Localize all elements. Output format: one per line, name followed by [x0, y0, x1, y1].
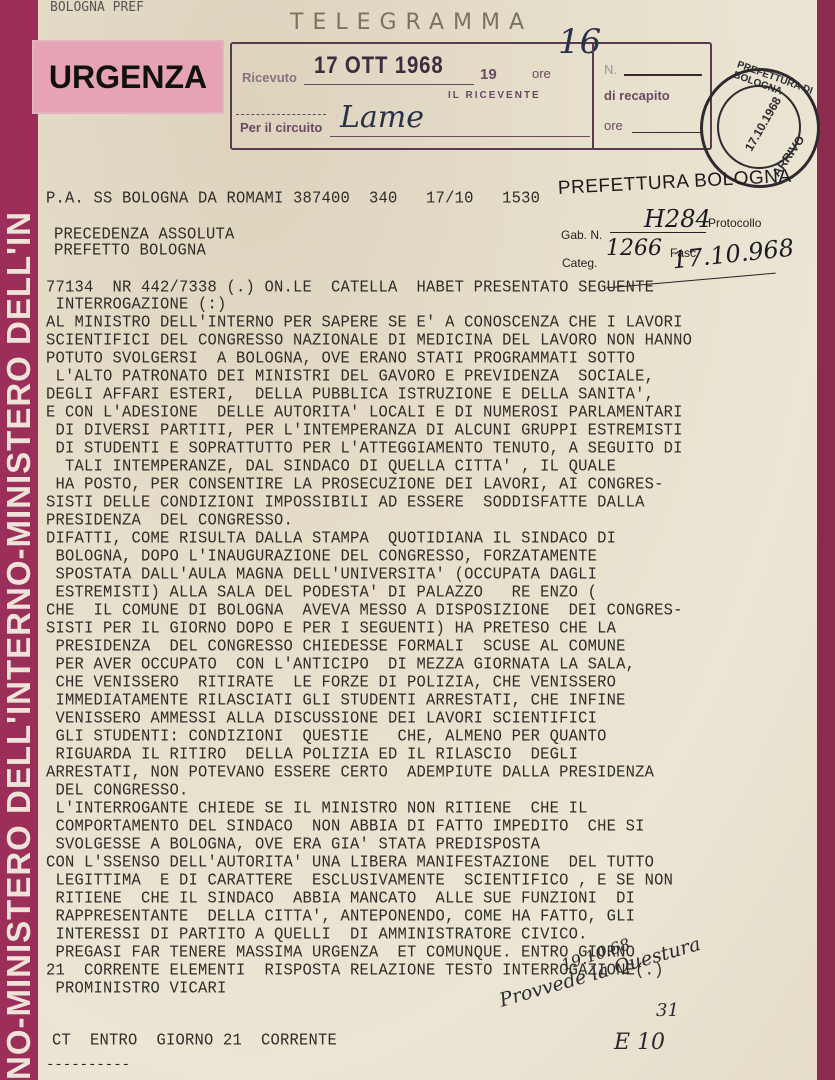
- ore-recapito-label: ore: [604, 118, 623, 133]
- receiver-signature: Lame: [340, 100, 424, 135]
- body-line: L'INTERROGANTE CHIEDE SE IL MINISTRO NON…: [46, 798, 588, 818]
- received-date: 17 OTT 1968: [314, 52, 444, 80]
- gab-underline: [610, 232, 706, 233]
- body-line: SISTI PER IL GIORNO DOPO E PER I SEGUENT…: [46, 618, 616, 638]
- body-line: BOLOGNA, DOPO L'INAUGURAZIONE DEL CONGRE…: [46, 546, 597, 566]
- per-il-circuito-label: Per il circuito: [240, 120, 322, 135]
- body-line: DIFATTI, COME RISULTA DALLA STAMPA QUOTI…: [46, 528, 616, 548]
- body-line: SISTI DELLE CONDIZIONI IMPOSSIBILI AD ES…: [46, 492, 645, 512]
- body-line: GLI STUDENTI: CONDIZIONI QUESTIE CHE, AL…: [46, 726, 607, 746]
- ricevuto-label: Ricevuto: [242, 70, 297, 85]
- footer-dashes: ----------: [46, 1057, 130, 1073]
- body-line: PREGASI FAR TENERE MASSIMA URGENZA ET CO…: [46, 942, 635, 962]
- body-line: DI STUDENTI E SOPRATTUTTO PER L'ATTEGGIA…: [46, 438, 683, 458]
- body-line: DEL CONGRESSO.: [46, 780, 189, 800]
- ministry-margin-band: NO-MINISTERO DELL'INTERNO-MINISTERO DELL…: [0, 0, 38, 1080]
- body-line: VENISSERO AMMESSI ALLA DISCUSSIONE DEI L…: [46, 708, 597, 728]
- box-divider: [592, 44, 594, 148]
- body-line: CHE VENISSERO RITIRATE LE FORZE DI POLIZ…: [46, 672, 616, 692]
- body-line: RAPPRESENTANTE DELLA CITTA', ANTEPONENDO…: [46, 906, 635, 926]
- body-line: AL MINISTRO DELL'INTERNO PER SAPERE SE E…: [46, 312, 683, 332]
- body-line: DI DIVERSI PARTITI, PER L'INTEMPERANZA D…: [46, 420, 683, 440]
- circuito-underline: [330, 136, 590, 137]
- ore-handwritten: 16: [558, 22, 601, 62]
- body-line: E CON L'ADESIONE DELLE AUTORITA' LOCALI …: [46, 402, 683, 422]
- numero-underline: [624, 74, 702, 76]
- body-line: RITIENE CHE IL SINDACO ABBIA MANCATO ALL…: [46, 888, 635, 908]
- handwritten-fraction-top: 31: [656, 1000, 679, 1021]
- body-line: COMPORTAMENTO DEL SINDACO NON ABBIA DI F…: [46, 816, 645, 836]
- gab-number: H284: [644, 205, 711, 233]
- footer-line: CT ENTRO GIORNO 21 CORRENTE: [52, 1030, 337, 1050]
- body-line: ARRESTATI, NON POTEVANO ESSERE CERTO ADE…: [46, 762, 654, 782]
- categ-label: Categ.: [562, 256, 597, 270]
- body-line: HA POSTO, PER CONSENTIRE LA PROSECUZIONE…: [46, 474, 664, 494]
- right-margin-band: [817, 0, 835, 1080]
- il-ricevente-label: IL RICEVENTE: [448, 90, 541, 101]
- ore-recapito-underline: [632, 132, 702, 133]
- fasc-date: 17.10.968: [671, 234, 795, 275]
- body-line: SCIENTIFICI DEL CONGRESSO NAZIONALE DI M…: [46, 330, 692, 350]
- body-line: CHE IL COMUNE DI BOLOGNA AVEVA MESSO A D…: [46, 600, 683, 620]
- body-line: ESTREMISTI) ALLA SALA DEL PODESTA' DI PA…: [46, 582, 597, 602]
- body-line: IMMEDIATAMENTE RILASCIATI GLI STUDENTI A…: [46, 690, 626, 710]
- body-line: POTUTO SVOLGERSI A BOLOGNA, OVE ERANO ST…: [46, 348, 635, 368]
- body-line: PROMINISTRO VICARI: [46, 978, 227, 998]
- body-line: DEGLI AFFARI ESTERI, DELLA PUBBLICA ISTR…: [46, 384, 654, 404]
- body-line: PRESIDENZA DEL CONGRESSO.: [46, 510, 293, 530]
- body-line: LEGITTIMA E DI CARATTERE ESCLUSIVAMENTE …: [46, 870, 673, 890]
- body-line: PRESIDENZA DEL CONGRESSO CHIEDESSE FORMA…: [46, 636, 626, 656]
- body-line: CON L'SSENSO DELL'AUTORITA' UNA LIBERA M…: [46, 852, 654, 872]
- body-line: SPOSTATA DALL'AULA MAGNA DELL'UNIVERSITA…: [46, 564, 597, 584]
- urgenza-sticker: URGENZA: [32, 40, 224, 114]
- date-underline: [304, 84, 474, 85]
- dashed-separator: [236, 114, 326, 116]
- ore-label: ore: [532, 66, 551, 81]
- body-line: SVOLGESSE A BOLOGNA, OVE ERA GIA' STATA …: [46, 834, 540, 854]
- protocol-stamp-header: PREFETTURA BOLOGNA: [557, 166, 792, 200]
- year-prefix: 19: [480, 66, 497, 83]
- body-line: INTERESSI DI PARTITO A QUELLI DI AMMINIS…: [46, 924, 588, 944]
- body-line: L'ALTO PATRONATO DEI MINISTRI DEL GAVORO…: [46, 366, 654, 386]
- categ-number: 1266: [606, 236, 662, 261]
- di-recapito-label: di recapito: [604, 88, 670, 103]
- body-line: RIGUARDA IL RITIRO DELLA POLIZIA ED IL R…: [46, 744, 578, 764]
- document-title: TELEGRAMMA: [290, 10, 533, 35]
- numero-label: N.: [604, 62, 617, 77]
- body-line: PER AVER OCCUPATO CON L'ANTICIPO DI MEZZ…: [46, 654, 635, 674]
- telegram-header-line: P.A. SS BOLOGNA DA ROMAMI 387400 340 17/…: [46, 188, 540, 208]
- ministry-band-text: NO-MINISTERO DELL'INTERNO-MINISTERO DELL…: [0, 211, 38, 1080]
- top-routing-label: BOLOGNA PREF: [50, 0, 144, 15]
- telegram-document: NO-MINISTERO DELL'INTERNO-MINISTERO DELL…: [0, 0, 835, 1080]
- addressee-line: PREFETTO BOLOGNA: [54, 240, 206, 260]
- receipt-stamp-box: Ricevuto 17 OTT 1968 19 ore 16 IL RICEVE…: [230, 42, 712, 150]
- protocollo-label: Protocollo: [708, 216, 761, 230]
- body-line: INTERROGAZIONE (:): [46, 294, 227, 314]
- gab-label: Gab. N.: [561, 228, 602, 242]
- body-line: TALI INTEMPERANZE, DAL SINDACO DI QUELLA…: [46, 456, 616, 476]
- handwritten-fraction-bottom: E 10: [614, 1030, 665, 1055]
